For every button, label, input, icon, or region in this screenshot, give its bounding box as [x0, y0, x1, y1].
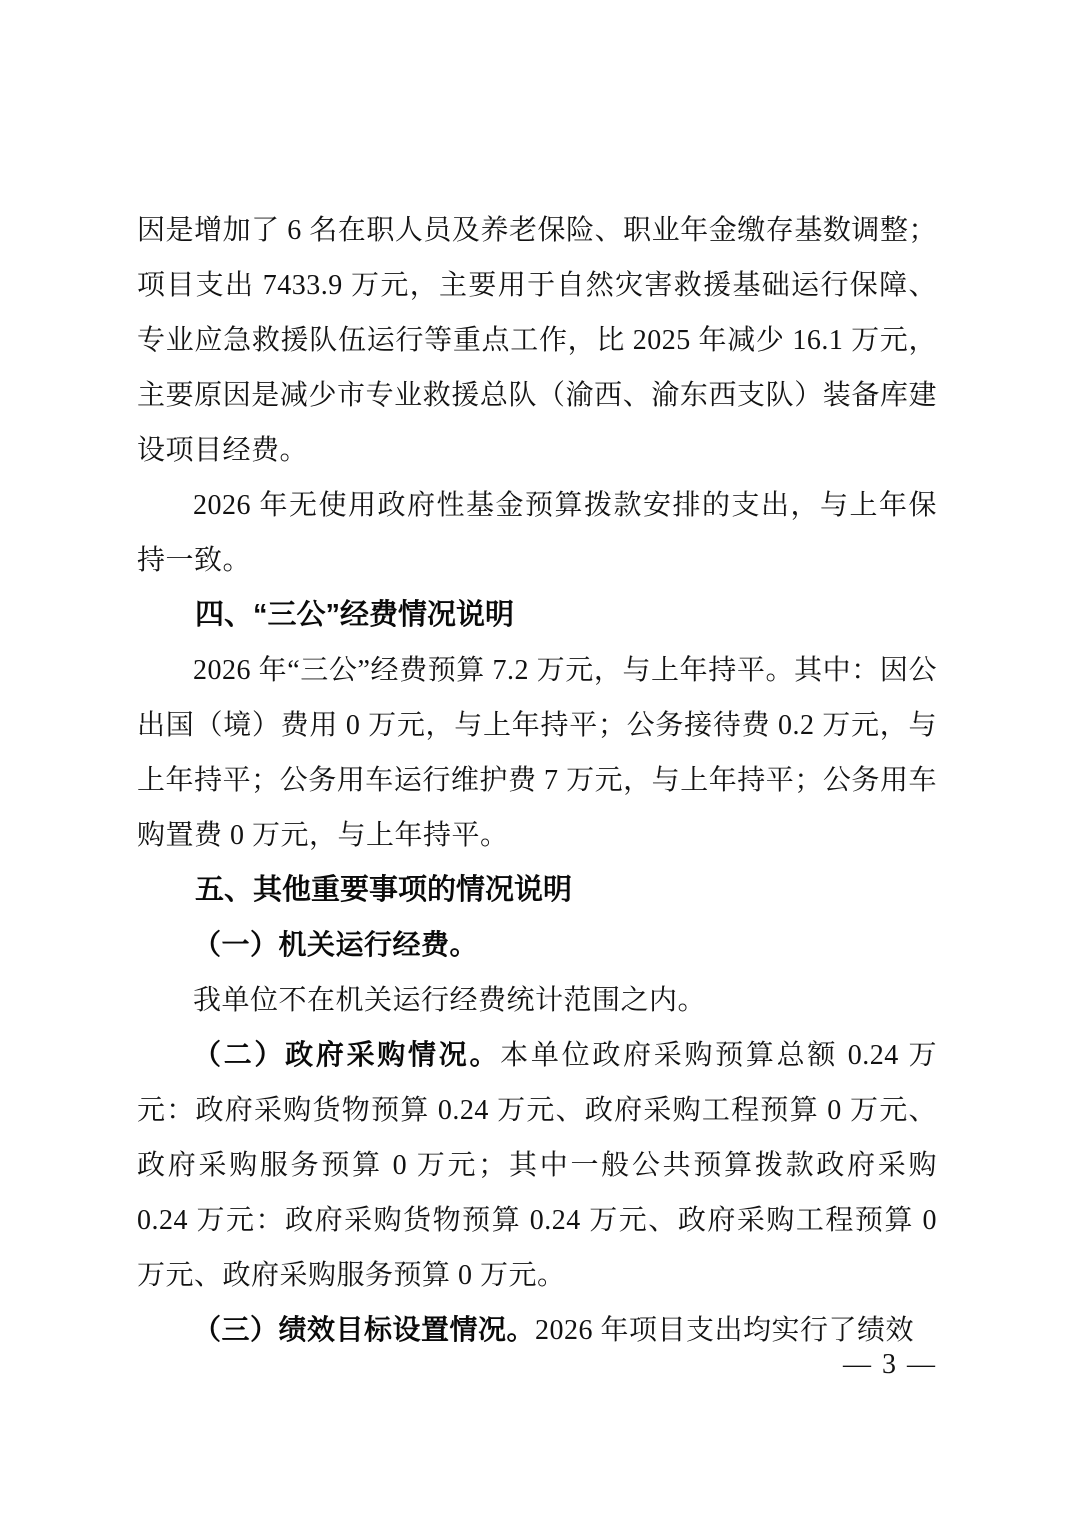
page-number: — 3 —: [843, 1348, 937, 1382]
document-body: 因是增加了 6 名在职人员及养老保险、职业年金缴存基数调整；项目支出 7433.…: [137, 203, 937, 1358]
heading-three-public-expenses: 四、“三公”经费情况说明: [137, 588, 937, 643]
subheading-agency-operating-funds: （一）机关运行经费。: [193, 930, 478, 961]
heading-other-important-items: 五、其他重要事项的情况说明: [137, 863, 937, 918]
paragraph-government-procurement: （二）政府采购情况。本单位政府采购预算总额 0.24 万元：政府采购货物预算 0…: [137, 1028, 937, 1303]
paragraph-three-public-expenses-detail: 2026 年“三公”经费预算 7.2 万元，与上年持平。其中：因公出国（境）费用…: [137, 643, 937, 863]
paragraph-performance-targets-detail: 2026 年项目支出均实行了绩效: [535, 1315, 914, 1346]
subheading-government-procurement: （二）政府采购情况。: [193, 1040, 500, 1071]
document-page: 因是增加了 6 名在职人员及养老保险、职业年金缴存基数调整；项目支出 7433.…: [0, 0, 1074, 1520]
paragraph-personnel-project-expenditure: 因是增加了 6 名在职人员及养老保险、职业年金缴存基数调整；项目支出 7433.…: [137, 203, 937, 478]
paragraph-government-procurement-detail: 本单位政府采购预算总额 0.24 万元：政府采购货物预算 0.24 万元、政府采…: [137, 1040, 937, 1291]
paragraph-agency-operating-funds-note: 我单位不在机关运行经费统计范围之内。: [137, 973, 937, 1028]
paragraph-performance-targets: （三）绩效目标设置情况。2026 年项目支出均实行了绩效: [137, 1303, 937, 1358]
paragraph-government-fund-budget: 2026 年无使用政府性基金预算拨款安排的支出，与上年保持一致。: [137, 478, 937, 588]
subheading-performance-targets: （三）绩效目标设置情况。: [193, 1315, 535, 1346]
paragraph-agency-operating-funds: （一）机关运行经费。: [137, 918, 937, 973]
